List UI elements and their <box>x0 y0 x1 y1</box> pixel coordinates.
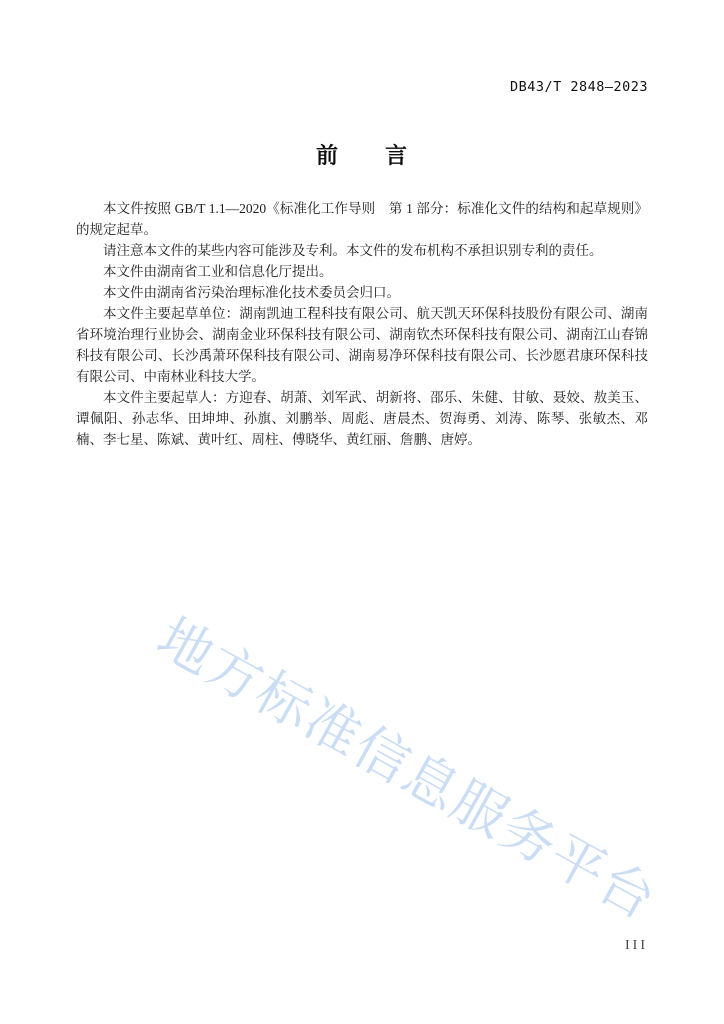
service-platform-watermark: 地方标准信息服务平台 <box>146 596 673 935</box>
paragraph-centralized-by: 本文件由湖南省污染治理标准化技术委员会归口。 <box>76 282 648 303</box>
foreword-content: 本文件按照 GB/T 1.1—2020《标准化工作导则 第 1 部分：标准化文件… <box>76 198 648 450</box>
paragraph-drafting-basis: 本文件按照 GB/T 1.1—2020《标准化工作导则 第 1 部分：标准化文件… <box>76 198 648 240</box>
page-number: III <box>625 938 648 954</box>
paragraph-drafting-organizations: 本文件主要起草单位：湖南凯迪工程科技有限公司、航天凯天环保科技股份有限公司、湖南… <box>76 303 648 387</box>
page-title: 前 言 <box>0 139 724 170</box>
paragraph-drafters: 本文件主要起草人：方迎春、胡萧、刘军武、胡新将、邵乐、朱健、甘敏、聂姣、敖美玉、… <box>76 387 648 450</box>
standard-number: DB43/T 2848—2023 <box>510 79 648 95</box>
paragraph-proposed-by: 本文件由湖南省工业和信息化厅提出。 <box>76 261 648 282</box>
document-page: DB43/T 2848—2023 前 言 本文件按照 GB/T 1.1—2020… <box>0 0 724 1024</box>
paragraph-patent-notice: 请注意本文件的某些内容可能涉及专利。本文件的发布机构不承担识别专利的责任。 <box>76 240 648 261</box>
